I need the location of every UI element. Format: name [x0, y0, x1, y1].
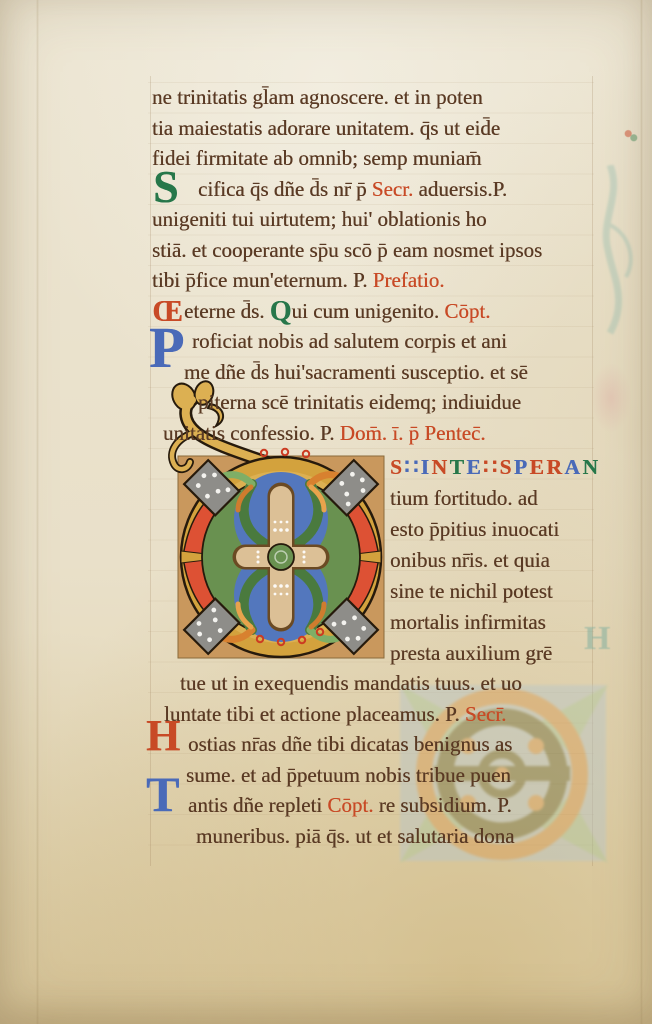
- text-segment: E: [466, 455, 483, 479]
- text-line: ostias nr̄as dñe tibi dicatas benignus a…: [152, 729, 596, 760]
- text-segment: N: [582, 455, 600, 479]
- text-segment: ∷: [404, 455, 420, 479]
- dropcap-p-blue: P: [149, 322, 184, 374]
- text-segment: Secr.: [372, 177, 413, 201]
- text-segment: luntate tibi et actione placeamus. P.: [164, 702, 465, 726]
- text-line: muneribus. piā q̄s. ut et salutaria dona: [152, 821, 596, 852]
- initial-roundel: [181, 449, 381, 657]
- text-segment: tue ut in exequendis mandatis tuus. et u…: [180, 671, 522, 695]
- text-segment: ui cum unigenito.: [292, 299, 445, 323]
- text-segment: A: [564, 455, 582, 479]
- text-line: antis dñe repleti Cōpt. re subsidium. P.: [152, 790, 596, 821]
- text-segment: N: [432, 455, 450, 479]
- text-segment: onibus nr̄is. et quia: [390, 548, 550, 572]
- text-segment: ne trinitatis gl̄am agnoscere. et in pot…: [152, 85, 483, 109]
- text-segment: tia maiestatis adorare unitatem. q̄s ut …: [152, 116, 500, 140]
- text-block-lower: tue ut in exequendis mandatis tuus. et u…: [152, 668, 596, 851]
- text-segment: Prefatio.: [373, 268, 445, 292]
- text-segment: stiā. et cooperante sp̄u scō p̄ eam nosm…: [152, 238, 542, 262]
- text-segment: muneribus. piā q̄s. ut et salutaria dona: [196, 824, 514, 848]
- text-segment: Cōpt.: [327, 793, 373, 817]
- text-segment: me dñe d̄s hui'sacramenti susceptio. et …: [184, 360, 528, 384]
- text-line: me dñe d̄s hui'sacramenti susceptio. et …: [152, 357, 596, 388]
- text-segment: unitatis confessio. P.: [163, 421, 340, 445]
- text-line: cifica q̄s dñe d̄s nr̄ p̄ Secr. aduersis…: [152, 174, 596, 205]
- text-block-upper: ne trinitatis gl̄am agnoscere. et in pot…: [152, 82, 596, 448]
- text-segment: mortalis infirmitas: [390, 610, 546, 634]
- text-line: stiā. et cooperante sp̄u scō p̄ eam nosm…: [152, 235, 596, 266]
- text-segment: Cōpt.: [444, 299, 490, 323]
- text-line: roficiat nobis ad salutem corpis et ani: [152, 326, 596, 357]
- manuscript-page: H: [0, 0, 652, 1024]
- text-segment: Dom̄. ī. p̄ Pentec̄.: [340, 421, 486, 445]
- center-knob: [268, 544, 294, 570]
- text-segment: esto p̄pitius inuocati: [390, 517, 559, 541]
- text-segment: S: [499, 455, 513, 479]
- text-segment: E: [530, 455, 547, 479]
- text-segment: S: [390, 455, 404, 479]
- text-segment: tium fortitudo. ad: [390, 486, 538, 510]
- text-line: unitatis confessio. P. Dom̄. ī. p̄ Pente…: [152, 418, 596, 449]
- text-segment: I: [421, 455, 432, 479]
- text-line: ne trinitatis gl̄am agnoscere. et in pot…: [152, 82, 596, 113]
- text-line: luntate tibi et actione placeamus. P. Se…: [152, 699, 596, 730]
- text-segment: piterna scē trinitatis eidemq; indiuidue: [198, 390, 521, 414]
- text-segment: P: [514, 455, 530, 479]
- text-line: fidei firmitate ab omnib; semp muniam̄: [152, 143, 596, 174]
- dropcap-h-red: H: [146, 716, 180, 756]
- text-segment: presta auxilium grē: [390, 641, 552, 665]
- text-line: piterna scē trinitatis eidemq; indiuidue: [152, 387, 596, 418]
- text-segment: roficiat nobis ad salutem corpis et ani: [192, 329, 507, 353]
- text-line: onibus nr̄is. et quia: [390, 545, 600, 576]
- text-line: esto p̄pitius inuocati: [390, 514, 600, 545]
- text-segment: antis dñe repleti: [188, 793, 327, 817]
- text-segment: Q: [270, 296, 292, 327]
- text-segment: ∷: [483, 455, 499, 479]
- text-line: unigeniti tui uirtutem; hui' oblationis …: [152, 204, 596, 235]
- text-segment: aduersis.P.: [413, 177, 507, 201]
- text-segment: sine te nichil potest: [390, 579, 553, 603]
- text-line: tibi p̄fice mun'eternum. P. Prefatio.: [152, 265, 596, 296]
- text-line: presta auxilium grē: [390, 638, 600, 669]
- parchment-edge: [640, 0, 643, 1024]
- text-segment: ostias nr̄as dñe tibi dicatas benignus a…: [188, 732, 512, 756]
- text-segment: eterne d̄s.: [184, 299, 270, 323]
- text-block-beside-initial: S∷INTE∷SPERANtium fortitudo. adesto p̄pi…: [390, 452, 600, 669]
- text-segment: re subsidium. P.: [373, 793, 511, 817]
- text-line: mortalis infirmitas: [390, 607, 600, 638]
- text-line: Œeterne d̄s. Qui cum unigenito. Cōpt.: [152, 296, 596, 327]
- text-segment: cifica q̄s dñe d̄s nr̄ p̄: [198, 177, 372, 201]
- margin-pen-trial-speck: [624, 128, 638, 142]
- text-segment: unigeniti tui uirtutem; hui' oblationis …: [152, 207, 487, 231]
- dropcap-s-green: S: [153, 166, 179, 207]
- text-line: sine te nichil potest: [390, 576, 600, 607]
- text-line: tia maiestatis adorare unitatem. q̄s ut …: [152, 113, 596, 144]
- text-segment: T: [450, 455, 467, 479]
- text-line: tium fortitudo. ad: [390, 483, 600, 514]
- text-line: tue ut in exequendis mandatis tuus. et u…: [152, 668, 596, 699]
- text-segment: Secr̄.: [465, 702, 506, 726]
- parchment-crease: [36, 0, 39, 1024]
- text-segment: sume. et ad p̄petuum nobis tribue puen: [186, 763, 511, 787]
- text-line: S∷INTE∷SPERAN: [390, 452, 600, 483]
- text-line: sume. et ad p̄petuum nobis tribue puen: [152, 760, 596, 791]
- text-segment: tibi p̄fice mun'eternum. P.: [152, 268, 373, 292]
- dropcap-t-blue: T: [146, 772, 179, 817]
- text-segment: R: [546, 455, 564, 479]
- text-segment: fidei firmitate ab omnib; semp muniam̄: [152, 146, 482, 170]
